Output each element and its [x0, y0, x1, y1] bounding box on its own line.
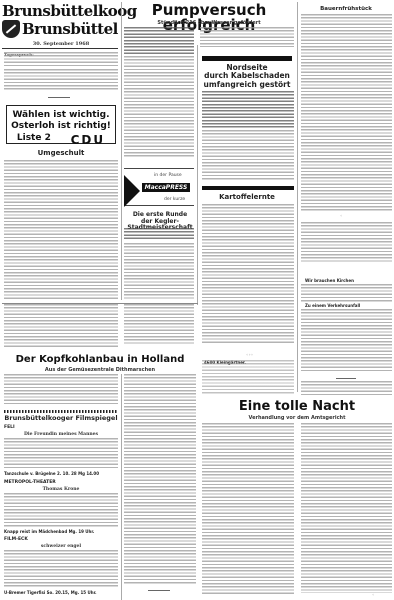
filmspiegel-title: Brunsbüttelkooger Filmspiegel: [2, 415, 120, 422]
issue-date: 30. September 1968: [2, 41, 120, 47]
masthead-title-line2: Brunsbüttel: [22, 20, 118, 38]
column-divider: [121, 2, 122, 300]
film-extra: Tanzschule v. Brügelne 2. 10. 28 Mg 14.0…: [4, 471, 99, 476]
article-subtitle-tolle-nacht: Verhandlung vor dem Amtsgericht: [200, 415, 394, 421]
decorative-bar: [202, 186, 294, 190]
divider: [2, 48, 118, 49]
masthead-line2: Brunsbüttel: [2, 20, 120, 38]
cinema-name: FELI: [4, 425, 15, 430]
article-title-bauernfruehstueck: Bauernfrühstück: [300, 6, 392, 12]
tagesspruch-text: [4, 52, 118, 66]
nordseite-title-line3: umfangreich gestört: [200, 81, 294, 89]
maccapress-ad: in der Pause MaccaPRESS der kurze: [124, 168, 194, 206]
article-body-kegler: [124, 243, 194, 300]
article-body-col4-a: [301, 222, 392, 262]
article-title-tolle-nacht: Eine tolle Nacht: [200, 400, 394, 413]
article-body-kopfkohl-a: [4, 374, 118, 406]
film-title: Die Freundin meines Mannes: [4, 432, 118, 437]
election-ad-party: CDU: [71, 133, 106, 147]
end-mark: ◦: [340, 213, 342, 218]
article-title-nordseite: Nordseite durch Kabelschaden umfangreich…: [200, 64, 294, 89]
article-body-tolle-nacht-b: [301, 423, 392, 593]
masthead-title-line1: Brunsbüttelkoog: [2, 2, 120, 20]
masthead: Brunsbüttelkoog Brunsbüttel 30. Septembe…: [2, 2, 120, 47]
geburtstage-text: [4, 69, 118, 91]
decorative-bar: [202, 56, 292, 61]
election-ad-line1: Wählen ist wichtig.: [7, 110, 115, 121]
article-body-verkehrsunfall: [301, 309, 392, 373]
film-extra: U-Bremer Tigerfisi So. 20.15, Mg. 15 Uhr…: [4, 590, 96, 595]
article-lead-pumpversuch: [124, 27, 194, 54]
end-mark: ◦: [372, 592, 374, 597]
film-extra: Knapp reist im Mädchenbad Mg. 19 Uhr.: [4, 529, 94, 534]
film-title: schweizer engel: [4, 544, 118, 549]
ad-bottom-text: der kurze: [164, 197, 185, 202]
article-body-kartoffelernte: [202, 204, 294, 344]
article-subtitle-pumpversuch: Stündlich 216 cbm Wasser gefördert: [120, 20, 298, 26]
article-title-kartoffelernte: Kartoffelernte: [200, 194, 294, 202]
article-body-bauernfruehstueck: [301, 14, 392, 212]
article-title-kopfkohl: Der Kopfkohlanbau in Holland: [2, 355, 198, 365]
ad-top-text: in der Pause: [154, 173, 182, 178]
film-description: [4, 550, 118, 588]
article-lead-kirchen: Wir brauchen Kirchen: [305, 278, 354, 283]
article-subtitle-kopfkohl: Aus der Gemüsezentrale Dithmarschen: [2, 367, 198, 373]
article-body-nordseite: [202, 130, 294, 180]
article-lead-kegler: [124, 228, 194, 240]
divider: [336, 378, 356, 379]
decorative-dotted-bar: [4, 410, 118, 413]
ad-brand: MaccaPRESS: [142, 183, 190, 192]
election-ad-box: Wählen ist wichtig. Osterloh ist richtig…: [6, 105, 116, 144]
article-title-umgeschult: Umgeschult: [4, 150, 118, 158]
election-ad-line2: Osterloh ist richtig!: [7, 121, 115, 132]
article-body-pumpversuch: [124, 56, 194, 158]
cinema-name: METROPOL-THEATER: [4, 480, 56, 485]
column-divider: [297, 2, 298, 392]
article-body-kleingaertner: [202, 360, 294, 394]
film-description: [4, 493, 118, 527]
article-lead-verkehrsunfall: Zu einem Verkehrsunfall: [305, 303, 360, 308]
cinema-name: FILM-ECK: [4, 537, 28, 542]
article-body-kopfkohl-b: [124, 374, 196, 584]
article-body-kegler-end: [124, 304, 194, 344]
end-mark: ◦◦◦: [246, 352, 253, 357]
article-body-umgeschult-end: [4, 304, 118, 348]
article-body-tolle-nacht-a: [202, 423, 294, 595]
article-body-pumpversuch-cont: [200, 27, 294, 47]
divider: [148, 590, 170, 591]
column-divider: [121, 374, 122, 600]
election-ad-line3: Liste 2 CDU: [7, 133, 115, 147]
article-body-col4-b: [301, 381, 392, 395]
article-body-umgeschult: [4, 160, 118, 300]
film-description: [4, 438, 118, 470]
election-ad-liste: Liste 2: [17, 133, 51, 147]
ad-arrow-icon: [124, 175, 140, 207]
article-body-kirchen: [301, 284, 392, 302]
coat-of-arms-icon: [2, 20, 20, 38]
article-lead-nordseite: [202, 91, 294, 128]
film-title: Thomas Krone: [4, 487, 118, 492]
divider: [48, 97, 70, 98]
column-divider: [197, 45, 198, 305]
